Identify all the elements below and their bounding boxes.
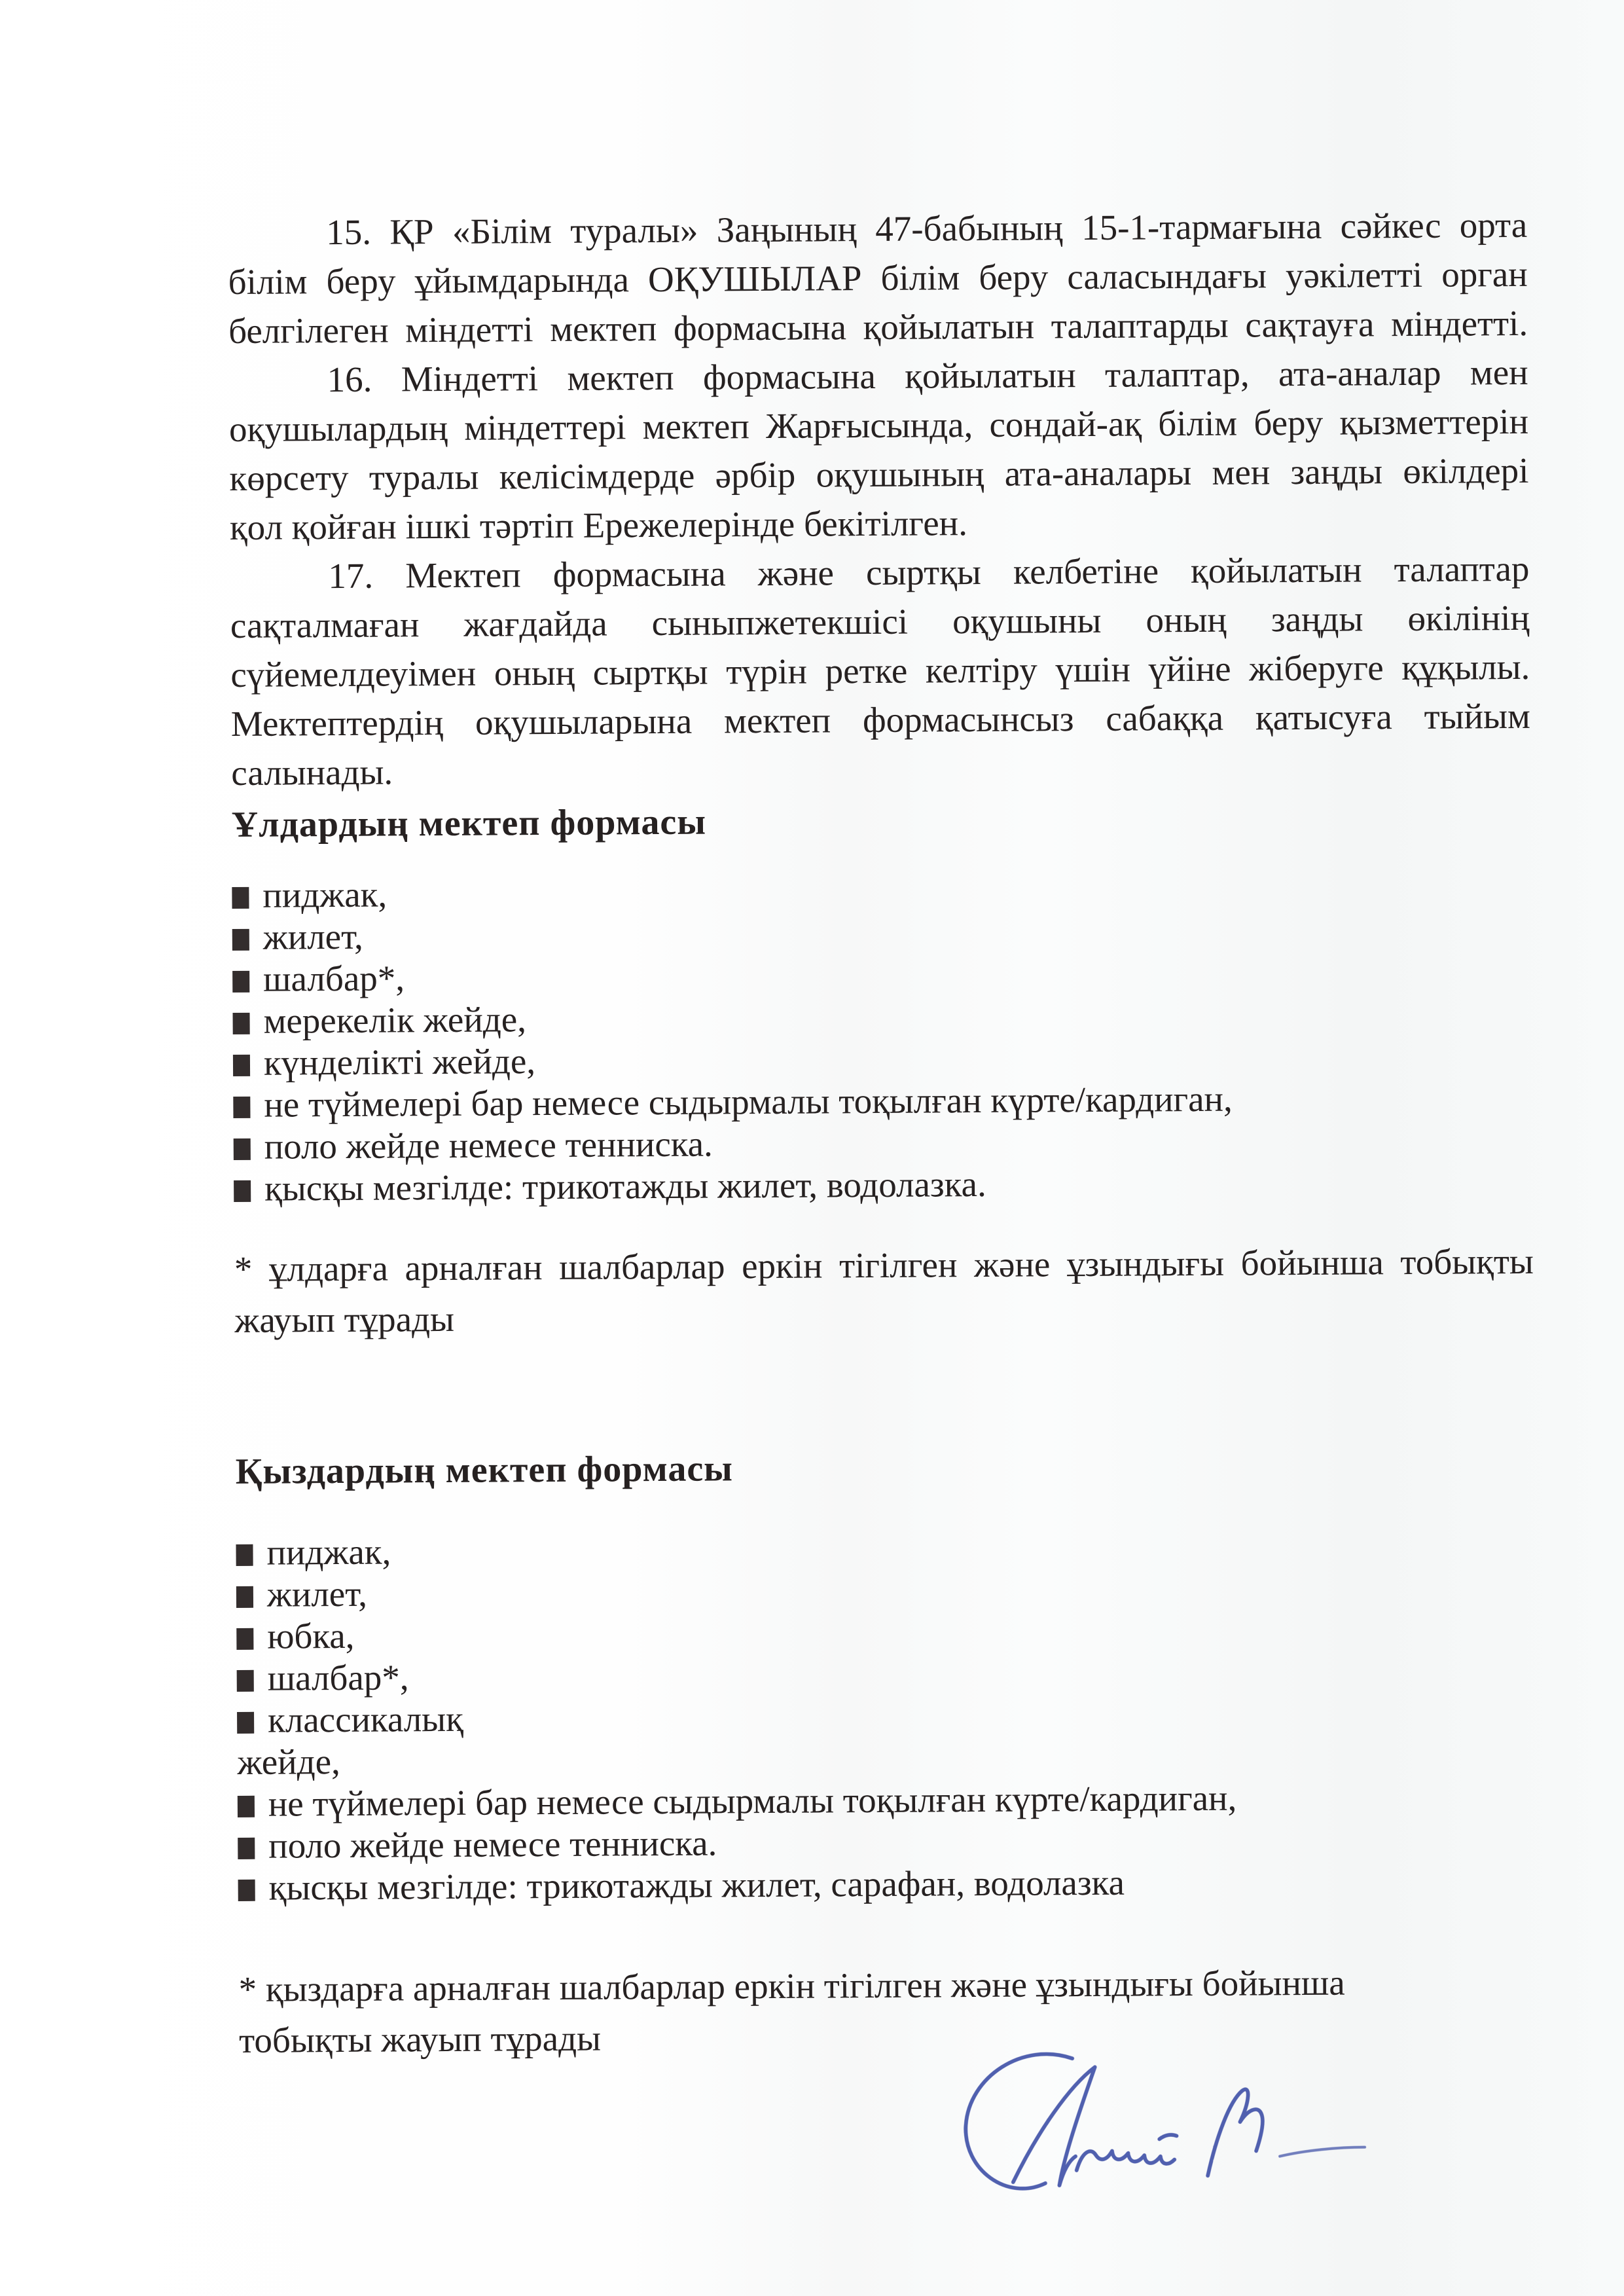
square-bullet-icon bbox=[238, 1838, 255, 1859]
boys-footnote: * ұлдарға арналған шалбарлар еркін тігіл… bbox=[234, 1236, 1534, 1346]
list-item: жилет, bbox=[232, 909, 1532, 958]
list-item-label: пиджак, bbox=[266, 1532, 391, 1573]
list-item-label: поло жейде немесе тенниска. bbox=[264, 1124, 713, 1167]
list-item: шалбар*, bbox=[232, 951, 1532, 1000]
signature-strokes bbox=[965, 2054, 1365, 2188]
paragraph-line: 16. Міндетті мектеп формасына қойылатын … bbox=[228, 348, 1528, 405]
square-bullet-icon bbox=[233, 1097, 250, 1118]
paragraph-17: 17. Мектеп формасына және сыртқы келбеті… bbox=[230, 544, 1530, 699]
list-item-label: қысқы мезгілде: трикотажды жилет, водола… bbox=[264, 1164, 986, 1209]
paragraph-line: білім беру ұйымдарында ОҚУШЫЛАР білім бе… bbox=[228, 249, 1527, 306]
list-item-label: поло жейде немесе тенниска. bbox=[268, 1823, 717, 1865]
list-item: пиджак, bbox=[232, 867, 1531, 917]
signature bbox=[928, 2035, 1380, 2212]
footnote-line: жауып тұрады bbox=[234, 1287, 1534, 1346]
list-item-label: не түймелері бар немесе сыдырмалы тоқылғ… bbox=[264, 1079, 1233, 1125]
list-item: не түймелері бар немесе сыдырмалы тоқылғ… bbox=[238, 1776, 1537, 1825]
list-item-label: қысқы мезгілде: трикотажды жилет, сарафа… bbox=[268, 1863, 1125, 1908]
square-bullet-icon bbox=[233, 1055, 250, 1076]
square-bullet-icon bbox=[232, 887, 249, 909]
paragraph-line: сақталмаған жағдайда сыныпжетекшісі оқуш… bbox=[230, 593, 1530, 650]
list-item: күнделікті жейде, bbox=[233, 1034, 1532, 1084]
list-item-label: жилет, bbox=[267, 1574, 367, 1614]
paragraph-17-continuation: Мектептердің оқушыларына мектеп формасын… bbox=[231, 691, 1531, 797]
square-bullet-icon bbox=[237, 1670, 254, 1692]
paragraph-line: Мектептердің оқушыларына мектеп формасын… bbox=[231, 691, 1530, 748]
square-bullet-icon bbox=[232, 929, 249, 951]
list-item: юбка, bbox=[236, 1608, 1536, 1658]
square-bullet-icon bbox=[234, 1180, 251, 1202]
list-item-label: классикалық bbox=[268, 1699, 463, 1740]
scanned-page: 15. ҚР «Білім туралы» Заңының 47-бабының… bbox=[0, 0, 1624, 2296]
square-bullet-icon bbox=[238, 1796, 255, 1817]
list-item: қысқы мезгілде: трикотажды жилет, сарафа… bbox=[238, 1859, 1537, 1909]
footnote-line: * қыздарға арналған шалбарлар еркін тігі… bbox=[238, 1956, 1538, 2015]
paragraph-16: 16. Міндетті мектеп формасына қойылатын … bbox=[228, 348, 1529, 552]
list-item: поло жейде немесе тенниска. bbox=[234, 1118, 1533, 1168]
list-item-label: юбка, bbox=[267, 1616, 354, 1656]
square-bullet-icon bbox=[233, 1013, 250, 1034]
list-item-continuation: жейде, bbox=[237, 1734, 1536, 1783]
square-bullet-icon bbox=[236, 1586, 253, 1608]
list-item-label: шалбар*, bbox=[268, 1657, 409, 1698]
list-item: шалбар*, bbox=[237, 1650, 1536, 1700]
list-item: поло жейде немесе тенниска. bbox=[238, 1817, 1537, 1867]
paragraph-line: сүйемелдеуімен оның сыртқы түрін ретке к… bbox=[230, 642, 1530, 699]
list-item: жилет, bbox=[236, 1566, 1536, 1616]
girls-section-heading: Қыздардың мектеп формасы bbox=[236, 1438, 1535, 1498]
paragraph-line: 17. Мектеп формасына және сыртқы келбеті… bbox=[230, 544, 1529, 601]
girls-uniform-list: пиджак, жилет, юбка, шалбар*, классикалы… bbox=[236, 1524, 1537, 1909]
list-item-label: шалбар*, bbox=[263, 958, 405, 998]
paragraph-15: 15. ҚР «Білім туралы» Заңының 47-бабының… bbox=[228, 200, 1528, 355]
square-bullet-icon bbox=[232, 971, 249, 993]
paragraph-line: көрсету туралы келісімдерде әрбір оқушын… bbox=[229, 446, 1528, 503]
square-bullet-icon bbox=[238, 1880, 255, 1901]
paragraph-line: белгілеген міндетті мектеп формасына қой… bbox=[228, 299, 1528, 355]
list-item-label: жилет, bbox=[263, 917, 363, 957]
document-content: 15. ҚР «Білім туралы» Заңының 47-бабының… bbox=[228, 200, 1538, 2066]
list-item-label: күнделікті жейде, bbox=[264, 1041, 535, 1083]
boys-uniform-list: пиджак, жилет, шалбар*, мерекелік жейде,… bbox=[232, 867, 1533, 1210]
list-item-label: не түймелері бар немесе сыдырмалы тоқылғ… bbox=[268, 1778, 1237, 1824]
paragraph-line: 15. ҚР «Білім туралы» Заңының 47-бабының… bbox=[228, 200, 1527, 257]
paragraph-line: оқушылардың міндеттері мектеп Жарғысында… bbox=[229, 397, 1528, 454]
list-item-label: жейде, bbox=[237, 1741, 340, 1782]
list-item: мерекелік жейде, bbox=[232, 993, 1532, 1042]
list-item-label: мерекелік жейде, bbox=[263, 999, 526, 1040]
list-item: классикалық bbox=[237, 1692, 1536, 1741]
square-bullet-icon bbox=[236, 1628, 253, 1650]
paragraph-line: қол қойған ішкі тәртіп Ережелерінде бекі… bbox=[230, 495, 1529, 552]
paragraph-line: салынады. bbox=[231, 740, 1530, 797]
footnote-line: * ұлдарға арналған шалбарлар еркін тігіл… bbox=[234, 1236, 1534, 1295]
square-bullet-icon bbox=[237, 1712, 254, 1734]
square-bullet-icon bbox=[236, 1544, 253, 1566]
list-item: не түймелері бар немесе сыдырмалы тоқылғ… bbox=[233, 1076, 1532, 1126]
list-item-label: пиджак, bbox=[262, 875, 387, 915]
list-item: қысқы мезгілде: трикотажды жилет, водола… bbox=[234, 1160, 1533, 1210]
boys-section-heading: Ұлдардың мектеп формасы bbox=[232, 791, 1531, 851]
list-item: пиджак, bbox=[236, 1524, 1535, 1574]
square-bullet-icon bbox=[234, 1139, 251, 1160]
